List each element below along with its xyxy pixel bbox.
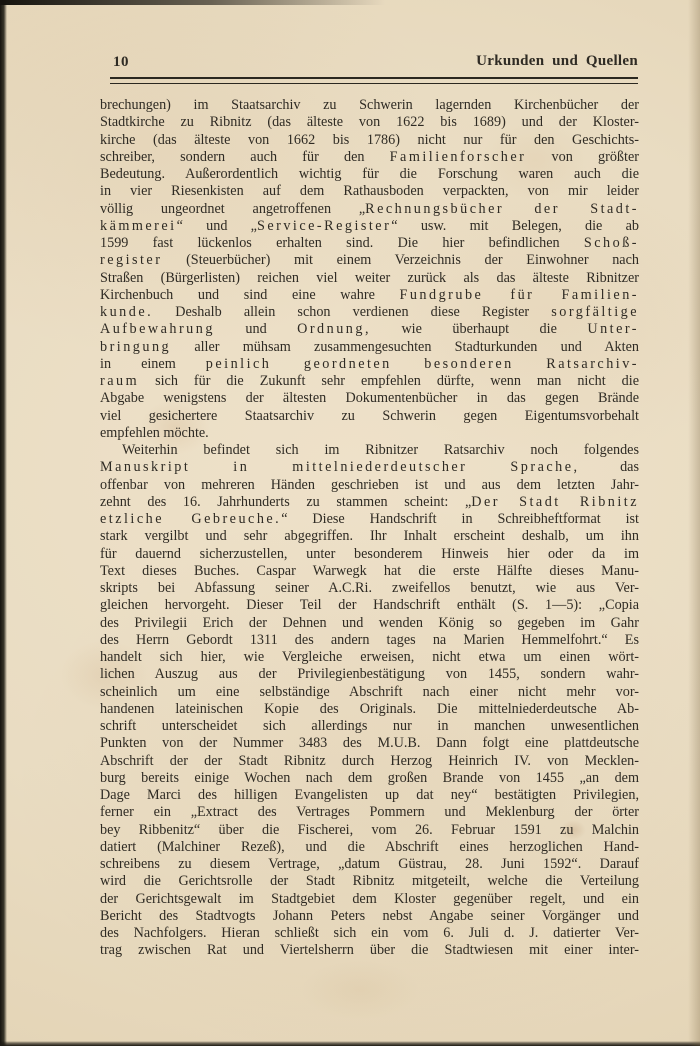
text-line: Manuskript in mittelniederdeutscher Spra… <box>100 459 639 476</box>
body-text: von größter <box>526 149 639 165</box>
text-line: Aufbewahrung und Ordnung, wie überhaupt … <box>100 321 639 338</box>
text-line: skripts bei Abfassung seiner A.C.Ri. zwe… <box>100 580 639 597</box>
scan-edge-bottom <box>0 1041 700 1046</box>
letterspaced-text: Manuskript in mittelniederdeutscher Spra… <box>100 459 580 475</box>
letterspaced-text: register <box>100 252 162 268</box>
letterspaced-text: Ordnung, <box>297 321 371 337</box>
scan-edge-top <box>0 0 385 5</box>
text-line: kirche (das älteste von 1662 bis 1786) n… <box>100 132 639 149</box>
body-text: trag zwischen Rat und Viertelsherrn über… <box>100 942 639 958</box>
body-text: des Nachfolgers. Hieran schließt sich ei… <box>100 925 639 941</box>
text-line: schreibens zu diesem Vertrage, „datum Gü… <box>100 856 639 873</box>
body-text: “ usw. mit Belegen, die ab <box>391 218 639 234</box>
text-line: handelt sich hier, wie Vergleiche erweis… <box>100 649 639 666</box>
text-line: Punkten von der Nummer 3483 des M.U.B. D… <box>100 735 639 752</box>
body-text: handenen lateinischen Kopie des Original… <box>100 701 639 717</box>
header-rule <box>110 77 638 84</box>
text-line: viel gesichertere Staatsarchiv zu Schwer… <box>100 408 639 425</box>
letterspaced-text: Unter- <box>587 321 639 337</box>
body-text: Straßen (Bürgerlisten) reichen viel weit… <box>100 270 639 286</box>
body-text: Deshalb allein schon verdienen diese Reg… <box>153 304 551 320</box>
text-line: offenbar von mehreren Händen geschrieben… <box>100 477 639 494</box>
letterspaced-text: kunde. <box>100 304 153 320</box>
body-text: wie überhaupt die <box>371 321 587 337</box>
body-text: (Steuerbücher) mit einem Verzeichnis der… <box>162 252 639 268</box>
text-line: bringung aller mühsam zusammengesuchten … <box>100 339 639 356</box>
text-line: in einem peinlich geordneten besonderen … <box>100 356 639 373</box>
body-text: offenbar von mehreren Händen geschrieben… <box>100 477 639 493</box>
body-text: bey Ribbenitz“ über die Fischerei, vom 2… <box>100 822 639 838</box>
text-line: empfehlen möchte. <box>100 425 639 442</box>
page-number: 10 <box>113 54 129 71</box>
body-text: burg bereits einige Wochen nach dem groß… <box>100 770 639 786</box>
body-text: Abgabe wenigstens der ältesten Dokumente… <box>100 390 639 406</box>
body-text: Punkten von der Nummer 3483 des M.U.B. D… <box>100 735 639 751</box>
body-text: wird die Gerichtsrolle der Stadt Ribnitz… <box>100 873 639 889</box>
text-line: Text dieses Buches. Caspar Warwegk hat d… <box>100 563 639 580</box>
letterspaced-text: peinlich geordneten besonderen Ratsarchi… <box>206 356 639 372</box>
text-line: burg bereits einige Wochen nach dem groß… <box>100 770 639 787</box>
body-text: viel gesichertere Staatsarchiv zu Schwer… <box>100 408 639 424</box>
text-line: Bedeutung. Außerordentlich wichtig für d… <box>100 166 639 183</box>
body-text: schreibens zu diesem Vertrage, „datum Gü… <box>100 856 639 872</box>
text-line: gleichen hervorgeht. Dieser Teil der Han… <box>100 597 639 614</box>
letterspaced-text: Schoß- <box>584 235 639 251</box>
letterspaced-text: sorgfältige <box>551 304 639 320</box>
body-text: handelt sich hier, wie Vergleiche erweis… <box>100 649 639 665</box>
text-line: stark vergilbt und sehr abgegriffen. Ihr… <box>100 528 639 545</box>
body-text: schreiber, sondern auch für den <box>100 149 390 165</box>
text-line: Weiterhin befindet sich im Ribnitzer Rat… <box>100 442 639 459</box>
text-line: raum sich für die Zukunft sehr empfehlen… <box>100 373 639 390</box>
body-text: des Herrn Gebordt 1311 des andern tages … <box>100 632 639 648</box>
body-text: Abschrift der der Stadt Ribnitz durch He… <box>100 753 639 769</box>
text-line: des Privilegii Erich der Dehnen und wend… <box>100 615 639 632</box>
text-line: Kirchenbuch und sind eine wahre Fundgrub… <box>100 287 639 304</box>
paper-stain <box>300 960 420 1020</box>
text-line: datiert (Malchiner Rezeß), und die Absch… <box>100 839 639 856</box>
body-text: skripts bei Abfassung seiner A.C.Ri. zwe… <box>100 580 639 596</box>
letterspaced-text: bringung <box>100 339 171 355</box>
text-line: Bericht des Stadtvogts Johann Peters neb… <box>100 908 639 925</box>
body-text: brechungen) im Staatsarchiv zu Schwerin … <box>100 97 639 113</box>
body-text: Bericht des Stadtvogts Johann Peters neb… <box>100 908 639 924</box>
body-text: in einem <box>100 356 206 372</box>
letterspaced-text: Service-Register <box>257 218 391 234</box>
body-text: und <box>215 321 297 337</box>
body-text: empfehlen möchte. <box>100 425 209 441</box>
text-line: schreiber, sondern auch für den Familien… <box>100 149 639 166</box>
body-text: schrift unterscheidet sich allerdings nu… <box>100 718 639 734</box>
letterspaced-text: etzliche Gebreuche. <box>100 511 281 527</box>
running-head: Urkunden und Quellen <box>476 53 638 70</box>
letterspaced-text: Familienforscher <box>390 149 527 165</box>
body-text: aller mühsam zusammengesuchten Stadturku… <box>171 339 639 355</box>
body-text: völlig ungeordnet angetroffenen „ <box>100 201 365 217</box>
body-text: ferner ein „Extract des Vertrages Pommer… <box>100 804 639 820</box>
body-text: Dage Marci des hilligen Evangelisten up … <box>100 787 639 803</box>
body-text: stark vergilbt und sehr abgegriffen. Ihr… <box>100 528 639 544</box>
text-line: ferner ein „Extract des Vertrages Pommer… <box>100 804 639 821</box>
body-text: “ und „ <box>177 218 257 234</box>
text-line: der Gerichtsgewalt im Stadtgebiet dem Kl… <box>100 891 639 908</box>
text-line: kämmerei“ und „Service-Register“ usw. mi… <box>100 218 639 235</box>
letterspaced-text: Aufbewahrung <box>100 321 215 337</box>
body-text: gleichen hervorgeht. Dieser Teil der Han… <box>100 597 639 613</box>
text-line: zehnt des 16. Jahrhunderts zu stammen sc… <box>100 494 639 511</box>
body-text: Stadtkirche zu Ribnitz (das älteste von … <box>100 114 639 130</box>
book-page: 10 Urkunden und Quellen brechungen) im S… <box>0 0 700 1046</box>
text-line: in vier Riesenkisten auf dem Rathausbode… <box>100 183 639 200</box>
body-text: datiert (Malchiner Rezeß), und die Absch… <box>100 839 639 855</box>
text-line: kunde. Deshalb allein schon verdienen di… <box>100 304 639 321</box>
text-line: 1599 fast lückenlos erhalten sind. Die h… <box>100 235 639 252</box>
body-text: sich für die Zukunft sehr empfehlen dürf… <box>139 373 639 389</box>
body-text: Kirchenbuch und sind eine wahre <box>100 287 399 303</box>
body-text: des Privilegii Erich der Dehnen und wend… <box>100 615 639 631</box>
letterspaced-text: Rechnungsbücher der Stadt- <box>365 201 639 217</box>
body-text: 1599 fast lückenlos erhalten sind. Die h… <box>100 235 584 251</box>
text-line: Stadtkirche zu Ribnitz (das älteste von … <box>100 114 639 131</box>
text-line: lichen Auszug aus der Privilegienbestäti… <box>100 666 639 683</box>
body-text: für dauernd sicherzustellen, unter beson… <box>100 546 639 562</box>
body-text: der Gerichtsgewalt im Stadtgebiet dem Kl… <box>100 891 639 907</box>
body-text: das <box>580 459 639 475</box>
text-line: völlig ungeordnet angetroffenen „Rechnun… <box>100 201 639 218</box>
text-line: des Herrn Gebordt 1311 des andern tages … <box>100 632 639 649</box>
text-line: bey Ribbenitz“ über die Fischerei, vom 2… <box>100 822 639 839</box>
text-line: etzliche Gebreuche.“ Diese Handschrift i… <box>100 511 639 528</box>
text-line: register (Steuerbücher) mit einem Verzei… <box>100 252 639 269</box>
text-line: Abgabe wenigstens der ältesten Dokumente… <box>100 390 639 407</box>
text-line: brechungen) im Staatsarchiv zu Schwerin … <box>100 97 639 114</box>
body-text: scheinlich um eine selbständige Abschrif… <box>100 684 639 700</box>
letterspaced-text: raum <box>100 373 139 389</box>
text-line: trag zwischen Rat und Viertelsherrn über… <box>100 942 639 959</box>
text-line: Abschrift der der Stadt Ribnitz durch He… <box>100 753 639 770</box>
text-line: des Nachfolgers. Hieran schließt sich ei… <box>100 925 639 942</box>
page-body: brechungen) im Staatsarchiv zu Schwerin … <box>100 97 639 960</box>
scan-edge-left <box>0 0 7 1046</box>
text-line: wird die Gerichtsrolle der Stadt Ribnitz… <box>100 873 639 890</box>
body-text: in vier Riesenkisten auf dem Rathausbode… <box>100 183 639 199</box>
text-line: schrift unterscheidet sich allerdings nu… <box>100 718 639 735</box>
letterspaced-text: Fundgrube für Familien- <box>399 287 639 303</box>
body-text: Text dieses Buches. Caspar Warwegk hat d… <box>100 563 639 579</box>
body-text: zehnt des 16. Jahrhunderts zu stammen sc… <box>100 494 471 510</box>
body-text: Weiterhin befindet sich im Ribnitzer Rat… <box>122 442 639 458</box>
scan-edge-right <box>688 0 700 1046</box>
text-line: für dauernd sicherzustellen, unter beson… <box>100 546 639 563</box>
letterspaced-text: Der Stadt Ribnitz <box>471 494 639 510</box>
text-line: handenen lateinischen Kopie des Original… <box>100 701 639 718</box>
text-line: Dage Marci des hilligen Evangelisten up … <box>100 787 639 804</box>
body-text: kirche (das älteste von 1662 bis 1786) n… <box>100 132 639 148</box>
text-line: scheinlich um eine selbständige Abschrif… <box>100 684 639 701</box>
body-text: “ Diese Handschrift in Schreibheftformat… <box>281 511 639 527</box>
text-line: Straßen (Bürgerlisten) reichen viel weit… <box>100 270 639 287</box>
letterspaced-text: kämmerei <box>100 218 177 234</box>
body-text: Bedeutung. Außerordentlich wichtig für d… <box>100 166 639 182</box>
body-text: lichen Auszug aus der Privilegienbestäti… <box>100 666 639 682</box>
